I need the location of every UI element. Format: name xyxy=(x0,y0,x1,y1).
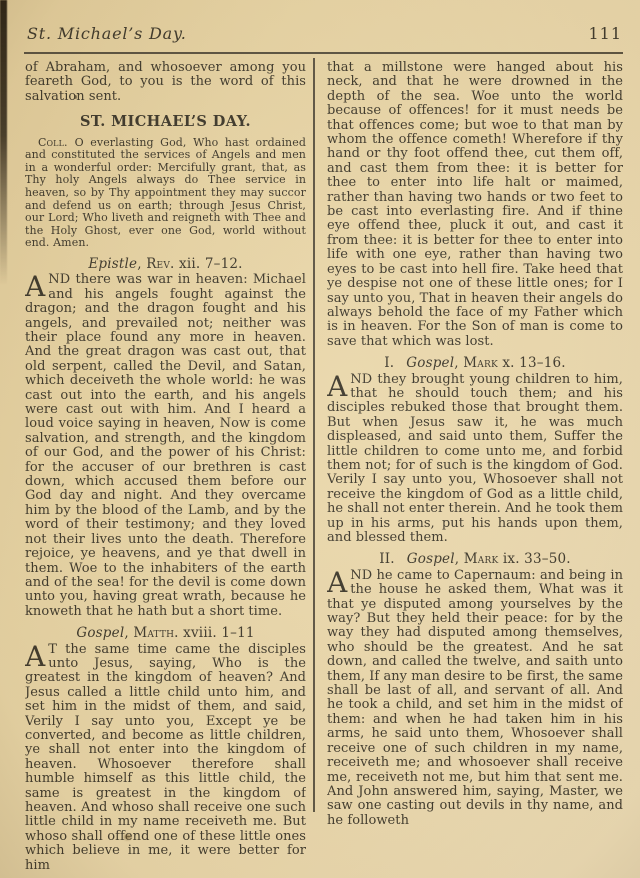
epistle-paragraph: AND there was war in heaven: Michael and… xyxy=(25,273,306,619)
gospel-matthew-heading-book: Matth. xyxy=(133,625,178,641)
gospel-mark-one-book: Mark xyxy=(463,355,498,371)
page-number: 111 xyxy=(588,24,622,43)
collect-text: O everlasting God, Who hast ordained and… xyxy=(25,136,306,250)
epistle-heading: Epistle, Rev. xii. 7–12. xyxy=(25,257,306,271)
gospel-mark-two-numeral: II. xyxy=(379,551,395,567)
epistle-heading-separator: , xyxy=(137,256,146,272)
ink-speck xyxy=(74,95,77,99)
gospel-mark-two-paragraph: AND he came to Capernaum: and being in t… xyxy=(327,569,623,828)
right-column: that a millstone were hanged about his n… xyxy=(327,61,623,878)
gospel-mark-one-numeral: I. xyxy=(384,355,394,371)
left-column: of Abraham, and whosoever among you fear… xyxy=(25,61,306,878)
collect-label: Coll. xyxy=(38,136,68,149)
header-rule xyxy=(24,52,623,54)
continuation-paragraph: of Abraham, and whosoever among you fear… xyxy=(25,61,306,104)
gospel-mark-one-title: Gospel xyxy=(406,355,454,371)
gospel-matthew-heading-reference: xviii. 1–11 xyxy=(179,625,255,641)
gospel-mark-two-text: ND he came to Capernaum: and being in th… xyxy=(327,568,623,828)
gospel-mark-one-heading: I.Gospel, Mark x. 13–16. xyxy=(327,356,623,370)
gospel-mark-two-separator: , xyxy=(455,551,464,567)
gospel-mark-two-heading: II.Gospel, Mark ix. 33–50. xyxy=(327,552,623,566)
gospel-mark-one-separator: , xyxy=(454,355,463,371)
gospel-mark-two-reference: ix. 33–50. xyxy=(498,551,570,567)
epistle-heading-reference: xii. 7–12. xyxy=(175,256,243,272)
running-title: St. Michael’s Day. xyxy=(27,24,187,43)
day-section-heading: ST. MICHAEL’S DAY. xyxy=(25,115,306,129)
epistle-heading-book: Rev. xyxy=(146,256,174,272)
book-page: St. Michael’s Day. 111 of Abraham, and w… xyxy=(0,0,640,878)
gospel-mark-one-paragraph: AND they brought young children to him, … xyxy=(327,373,623,546)
gospel-matthew-text: T the same time came the disciples unto … xyxy=(25,642,306,873)
epistle-drop-cap: A xyxy=(25,273,48,300)
gospel-matthew-heading-separator: , xyxy=(124,625,133,641)
gospel-mark-two-book: Mark xyxy=(464,551,499,567)
gospel-matthew-heading: Gospel, Matth. xviii. 1–11 xyxy=(25,626,306,640)
gospel-mark-one-reference: x. 13–16. xyxy=(498,355,566,371)
gospel-mark-two-drop-cap: A xyxy=(327,569,350,596)
gospel-mark-one-drop-cap: A xyxy=(327,373,350,400)
gospel-mark-two-title: Gospel xyxy=(407,551,455,567)
epistle-text: ND there was war in heaven: Michael and … xyxy=(25,272,306,618)
binding-gutter-shadow xyxy=(0,0,7,300)
column-divider-rule xyxy=(313,58,315,812)
collect-paragraph: Coll.O everlasting God, Who hast ordaine… xyxy=(25,137,306,250)
gospel-mark-one-text: ND they brought young children to him, t… xyxy=(327,372,623,545)
epistle-heading-title: Epistle xyxy=(88,256,137,272)
gospel-matthew-drop-cap: A xyxy=(25,643,48,670)
page-header: St. Michael’s Day. 111 xyxy=(27,24,622,43)
gospel-matthew-paragraph: AT the same time came the disciples unto… xyxy=(25,643,306,874)
ink-smudge xyxy=(124,834,131,840)
continuation-paragraph: that a millstone were hanged about his n… xyxy=(327,61,623,349)
gospel-matthew-heading-title: Gospel xyxy=(76,625,124,641)
